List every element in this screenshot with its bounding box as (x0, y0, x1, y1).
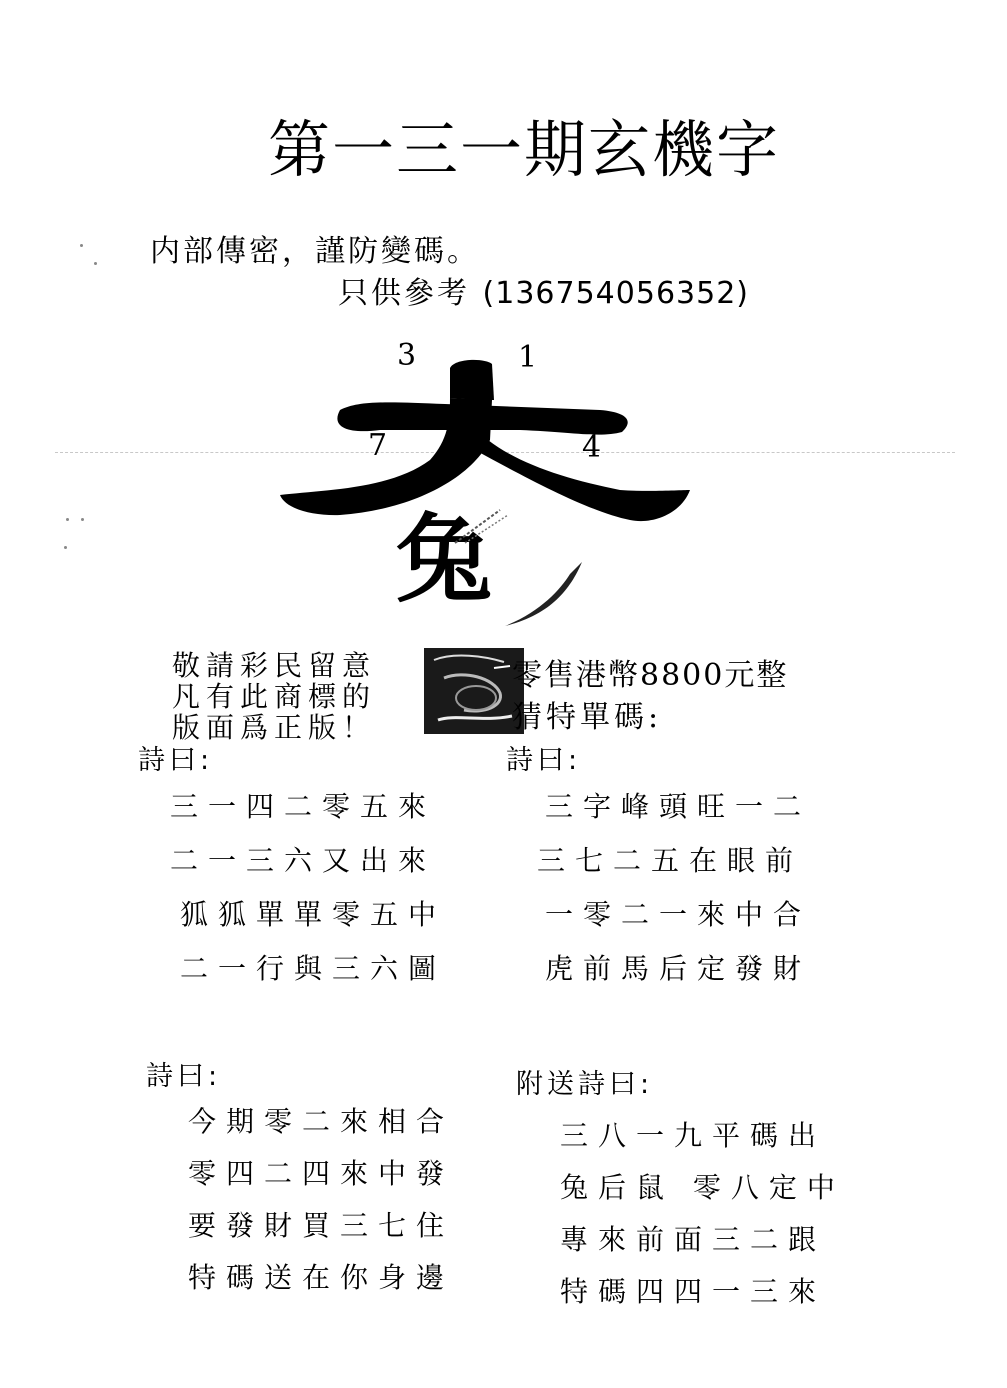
number-top-left: 3 (397, 338, 416, 373)
poem-line: 三七二五在眼前 (537, 834, 811, 888)
snake-stamp-icon (424, 648, 524, 734)
poem-bottom-right: 三八一九平碼出 兔后鼠 零八定中 專來前面三二跟 特碼四四一三來 (560, 1110, 845, 1318)
poem-line: 零四二四來中發 (188, 1148, 454, 1200)
scan-speck (66, 518, 69, 521)
poem-heading: 詩曰: (506, 738, 581, 777)
poem-line: 三字峰頭旺一二 (545, 780, 811, 834)
trademark-line: 敬請彩民留意 (172, 650, 376, 681)
poem-top-left: 三一四二零五來 二一三六又出來 狐狐單單零五中 二一行與三六圖 (170, 780, 446, 996)
poem-line: 三八一九平碼出 (560, 1110, 845, 1162)
scan-speck (80, 244, 83, 247)
number-mid-left: 7 (368, 428, 387, 463)
poem-heading: 詩曰: (146, 1054, 221, 1093)
poem-line: 二一行與三六圖 (170, 942, 446, 996)
poem-line: 要發財買三七住 (188, 1200, 454, 1252)
guess-special-number: 猜特單碼: (512, 692, 662, 736)
poem-top-right: 三字峰頭旺一二 三七二五在眼前 一零二一來中合 虎前馬后定發財 (545, 780, 811, 996)
poem-line: 特碼四四一三來 (560, 1266, 845, 1318)
poem-heading: 詩曰: (138, 738, 213, 777)
reference-notice: 只供參考 (13675405­6352) (338, 268, 749, 312)
confidential-notice: 内部傳密，謹防變碼。 (150, 226, 480, 270)
poem-line: 三一四二零五來 (170, 780, 446, 834)
brush-streak-decoration (450, 505, 510, 545)
reference-label: 只供參考 (338, 276, 470, 311)
scan-speck (64, 546, 67, 549)
poem-line: 專來前面三二跟 (560, 1214, 845, 1266)
retail-price: 零售港幣8800元整 (512, 650, 788, 694)
page-title: 第一三一期玄機字 (268, 100, 780, 189)
number-mid-right: 4 (582, 430, 601, 465)
poem-line: 特碼送在你身邊 (188, 1252, 454, 1304)
reference-number: (13675405­6352) (483, 276, 749, 311)
poem-heading: 附送詩曰: (516, 1062, 653, 1101)
trademark-line: 凡有此商標的 (172, 681, 376, 712)
poem-line: 今期零二來相合 (188, 1096, 454, 1148)
poem-bottom-left: 今期零二來相合 零四二四來中發 要發財買三七住 特碼送在你身邊 (188, 1096, 454, 1304)
scan-speck (94, 262, 97, 265)
poem-line: 兔后鼠 零八定中 (560, 1162, 845, 1214)
scan-speck (81, 518, 84, 521)
brush-sweep-decoration (500, 560, 590, 630)
number-top-right: 1 (518, 340, 537, 375)
poem-line: 虎前馬后定發財 (545, 942, 811, 996)
poem-line: 狐狐單單零五中 (170, 888, 446, 942)
trademark-notice: 敬請彩民留意 凡有此商標的 版面爲正版！ (172, 650, 376, 743)
poem-line: 一零二一來中合 (545, 888, 811, 942)
poem-line: 二一三六又出來 (170, 834, 446, 888)
